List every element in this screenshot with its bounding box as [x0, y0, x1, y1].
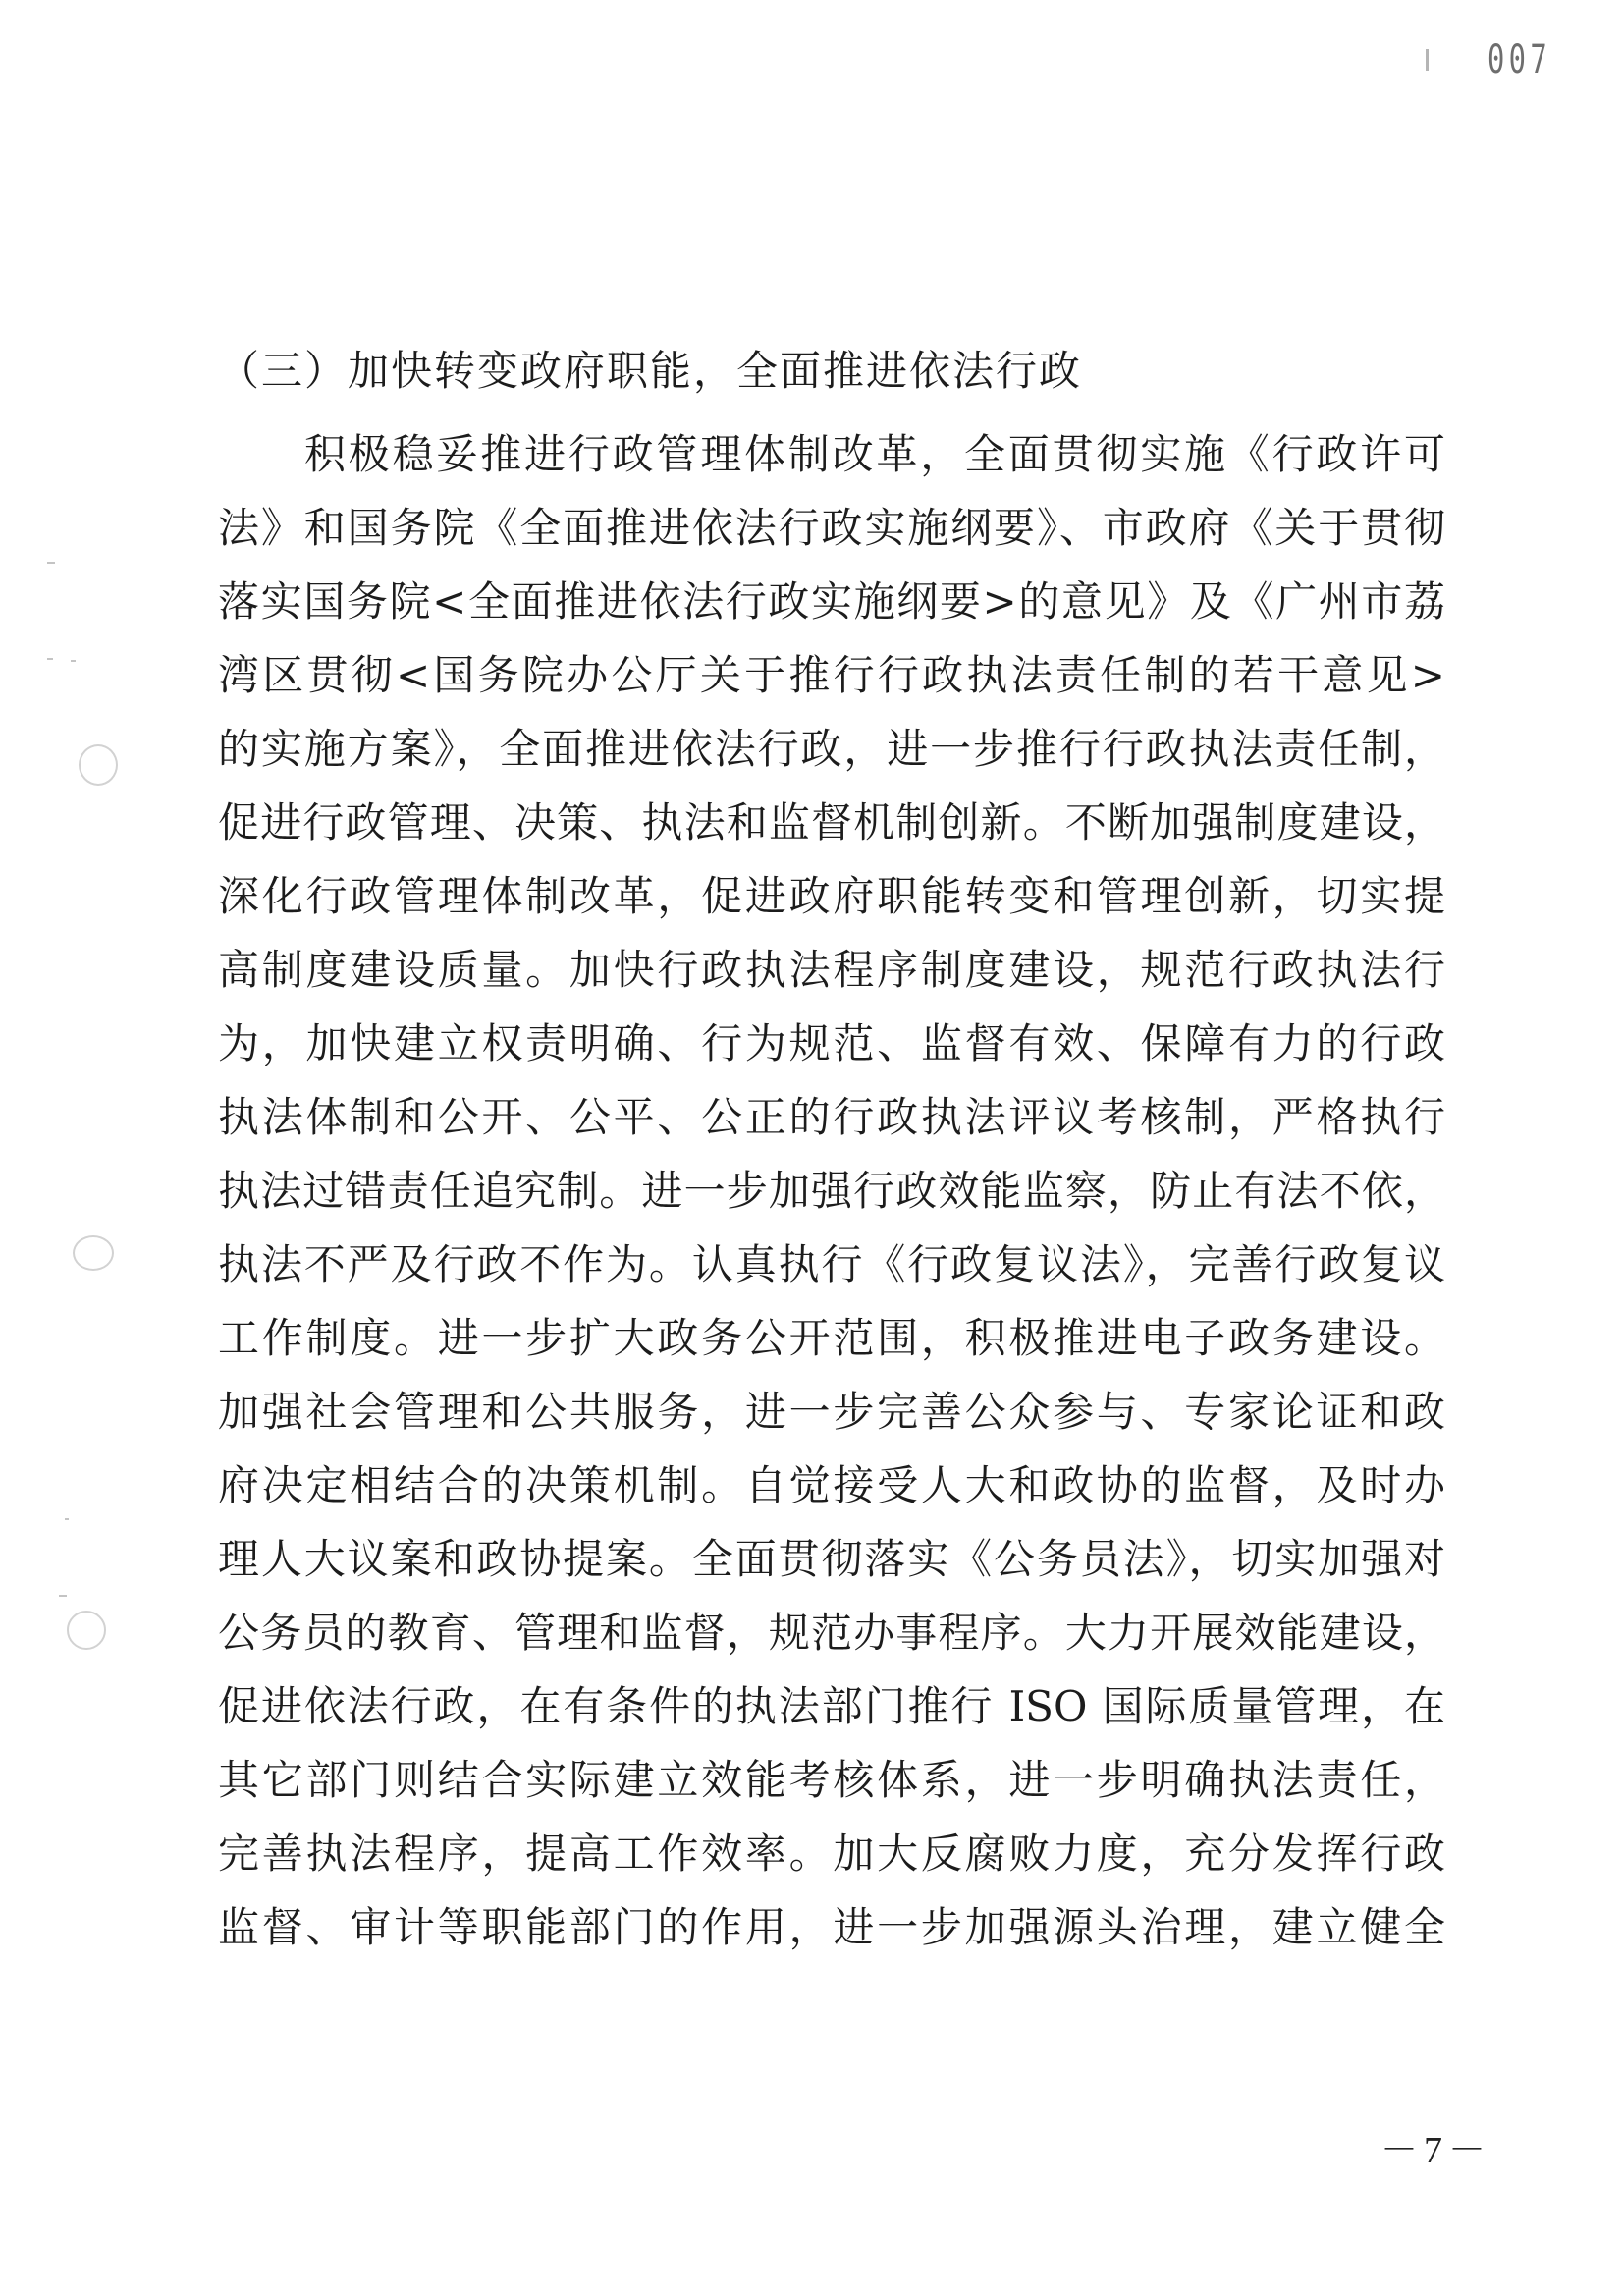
- paragraph-line: 其它部门则结合实际建立效能考核体系，进一步明确执法责任，: [218, 1743, 1445, 1817]
- paragraph-line: 执法过错责任追究制。进一步加强行政效能监察，防止有法不依，: [218, 1154, 1445, 1228]
- paragraph-line: 府决定相结合的决策机制。自觉接受人大和政协的监督，及时办: [218, 1449, 1445, 1522]
- paragraph-line: 工作制度。进一步扩大政务公开范围，积极推进电子政务建设。: [218, 1301, 1445, 1375]
- document-page: 007 （三）加快转变政府职能，全面推进依法行政 积极稳妥推进行政管理体制改革，…: [0, 0, 1623, 2296]
- paragraph-line: 公务员的教育、管理和监督，规范办事程序。大力开展效能建设，: [218, 1596, 1445, 1669]
- paragraph-line: 加强社会管理和公共服务，进一步完善公众参与、专家论证和政: [218, 1375, 1445, 1449]
- page-number: －7－: [1380, 2119, 1491, 2173]
- paragraph-line: 高制度建设质量。加快行政执法程序制度建设，规范行政执法行: [218, 933, 1445, 1007]
- paragraph-line: 积极稳妥推进行政管理体制改革，全面贯彻实施《行政许可: [218, 417, 1445, 491]
- paragraph-line: 执法体制和公开、公平、公正的行政执法评议考核制，严格执行: [218, 1080, 1445, 1154]
- paragraph-line: 理人大议案和政协提案。全面贯彻落实《公务员法》，切实加强对: [218, 1522, 1445, 1596]
- punch-hole-decoration: [67, 1611, 106, 1650]
- body-paragraph: 积极稳妥推进行政管理体制改革，全面贯彻实施《行政许可 法》和国务院《全面推进依法…: [218, 417, 1445, 1964]
- scan-mark: [1426, 49, 1429, 71]
- punch-hole-decoration: [79, 744, 118, 786]
- paragraph-line: 促进依法行政，在有条件的执法部门推行 ISO 国际质量管理，在: [218, 1669, 1445, 1743]
- paragraph-line: 湾区贯彻<国务院办公厅关于推行行政执法责任制的若干意见>: [218, 638, 1445, 712]
- section-heading: （三）加快转变政府职能，全面推进依法行政: [218, 342, 1082, 401]
- paragraph-line: 的实施方案》，全面推进依法行政，进一步推行行政执法责任制，: [218, 712, 1445, 786]
- paragraph-line: 落实国务院<全面推进依法行政实施纲要>的意见》及《广州市荔: [218, 565, 1445, 638]
- punch-hole-decoration: [73, 1235, 114, 1271]
- archive-stamp-number: 007: [1488, 37, 1551, 82]
- paragraph-line: 法》和国务院《全面推进依法行政实施纲要》、市政府《关于贯彻: [218, 491, 1445, 565]
- scan-speck: [65, 1518, 69, 1520]
- paragraph-line: 为，加快建立权责明确、行为规范、监督有效、保障有力的行政: [218, 1007, 1445, 1080]
- scan-speck: [71, 660, 76, 662]
- paragraph-line: 完善执法程序，提高工作效率。加大反腐败力度，充分发挥行政: [218, 1817, 1445, 1890]
- paragraph-line: 深化行政管理体制改革，促进政府职能转变和管理创新，切实提: [218, 859, 1445, 933]
- scan-speck: [47, 562, 55, 564]
- paragraph-line: 监督、审计等职能部门的作用，进一步加强源头治理，建立健全: [218, 1890, 1445, 1964]
- scan-speck: [47, 658, 53, 660]
- paragraph-line: 执法不严及行政不作为。认真执行《行政复议法》，完善行政复议: [218, 1228, 1445, 1301]
- scan-speck: [59, 1595, 67, 1597]
- paragraph-line: 促进行政管理、决策、执法和监督机制创新。不断加强制度建设，: [218, 786, 1445, 859]
